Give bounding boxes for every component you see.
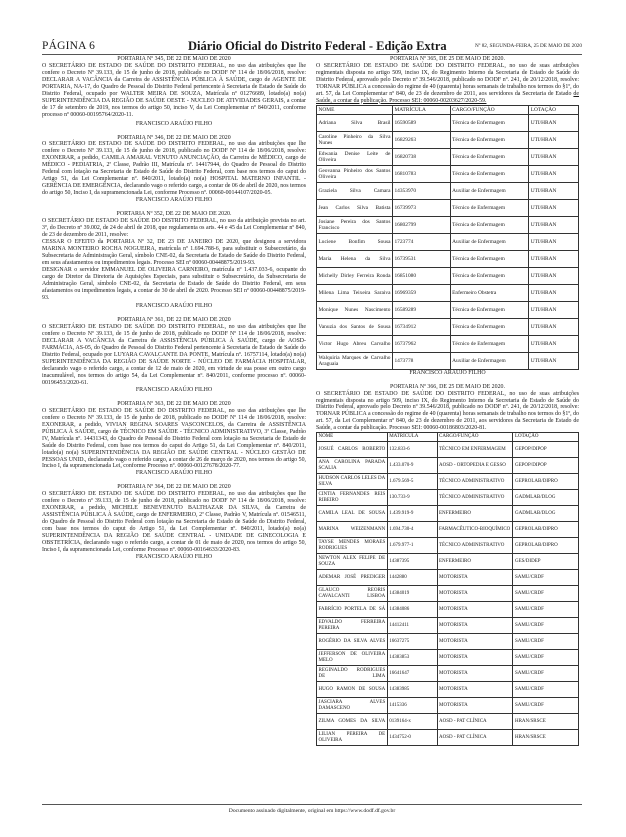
registration-cell: 16590589 [392,114,450,131]
registration-cell: 16969359 [392,284,450,301]
table-row: GLAUCO REORIS CAVALCANTI LISBOA14384019M… [317,586,579,602]
name-cell: TAYSE MENDES MORAES RODRIGUES [317,538,388,554]
registration-cell: 1473778 [392,352,450,369]
table-row: ROGÉRIO DA SILVA ALVES16637275MOTORISTAS… [317,634,579,650]
position-cell: MOTORISTA [437,570,513,586]
table-row: Vanuzia dos Santos de Sousa16734912Técni… [317,318,579,335]
position-cell: TÉCNICO ADMINISTRATIVO [437,490,513,506]
location-cell: SAMU/CRDF [513,602,579,618]
table-row: JOSUÉ CARLOS ROBERTO132.833-6TÉCNICO EM … [317,442,579,458]
portaria-body: O SECRETÁRIO DE ESTADO DE SAÚDE DO DISTR… [42,491,306,554]
registration-cell: 14387395 [387,554,437,570]
position-cell: Auxiliar de Enfermagem [450,182,529,199]
location-cell: GEPOP/DIPOP [513,458,579,474]
servers-table-366: NOME MATRÍCULA CARGO/FUNÇÃO LOTAÇÃO JOSU… [316,432,579,746]
table-row: ADEMAR JOSÉ PREDIGER1442880MOTORISTASAMU… [317,570,579,586]
table-row: EDVALDO FERREIRA PEREIRA14412411MOTORIST… [317,618,579,634]
registration-cell: 1.433.070-9 [387,458,437,474]
table-body: JOSUÉ CARLOS ROBERTO132.833-6TÉCNICO EM … [317,442,579,746]
position-cell: Técnica de Enfermagem [450,318,529,335]
table-row: JEFFERSON DE OLIVEIRA MELO14383853MOTORI… [317,650,579,666]
location-cell: SAMU/CRDF [513,682,579,698]
registration-cell: 14383853 [387,650,437,666]
position-cell: Técnica de Enfermagem [450,148,529,165]
name-cell: REGINALDO RODRIGUES DE LIMA [317,666,388,682]
table-row: Jean Carlos Silva Batista16739973Técnico… [317,199,579,216]
name-cell: JOSUÉ CARLOS ROBERTO [317,442,388,458]
edition-date: Nº 82, SEGUNDA-FEIRA, 25 DE MAIO DE 2020 [475,43,582,49]
location-cell: UTI/HRAN [529,301,579,318]
portaria-body: O SECRETÁRIO DE ESTADO DE SAÚDE DO DISTR… [42,324,306,387]
document-page: PÁGINA 6 Diário Oficial do Distrito Fede… [42,0,582,837]
signature: FRANCISCO ARAÚJO FILHO [42,303,306,310]
position-cell: MOTORISTA [437,602,513,618]
position-cell: Auxiliar de Enfermagem [450,352,529,369]
location-cell: SAMU/CRDF [513,698,579,714]
registration-cell: 16851080 [392,267,450,284]
name-cell: ADEMAR JOSÉ PREDIGER [317,570,388,586]
column-header: CARGO/FUNÇÃO [450,105,529,114]
name-cell: ANA CAROLINA PARADA SCALIA [317,458,388,474]
position-cell: AOSD - PAT CLÍNICA [437,730,513,746]
location-cell: UTI/HRAN [529,148,579,165]
location-cell: UTI/HRAN [529,199,579,216]
position-cell: MOTORISTA [437,698,513,714]
position-cell: MOTORISTA [437,586,513,602]
table-row: TAYSE MENDES MORAES RODRIGUES1.679.977-1… [317,538,579,554]
footer-note: Documento assinado digitalmente, origina… [42,808,582,814]
footer-divider [42,804,582,805]
name-cell: Adriana Silva Brasil [317,114,393,131]
position-cell: MOTORISTA [437,650,513,666]
position-cell: ENFERMEIRO [437,506,513,522]
registration-cell: 1.439.919-9 [387,506,437,522]
publication-title: Diário Oficial do Distrito Federal - Edi… [188,39,447,54]
position-cell: MOTORISTA [437,634,513,650]
registration-cell: 16641647 [387,666,437,682]
signature: FRANCISCO ARAÚJO FILHO [42,197,306,204]
portaria-361: PORTARIA Nº 361, DE 22 DE MAIO DE 2020 O… [42,317,306,393]
position-cell: Técnica de Enfermagem [450,267,529,284]
table-body: Adriana Silva Brasil16590589Técnica de E… [317,114,579,369]
registration-cell: 14384019 [387,586,437,602]
name-cell: LILIAN PEREIRA DE OLIVEIRA [317,730,388,746]
name-cell: Victor Hugo Abreu Carvalho [317,335,393,352]
location-cell: UTI/HRAN [529,284,579,301]
position-cell: Técnica de Enfermagem [450,131,529,148]
table-row: FABRÍCIO PORTELA DE SÁ14384086MOTORISTAS… [317,602,579,618]
location-cell: GADMLAB/DLOG [513,506,579,522]
registration-cell: 1.679.977-1 [387,538,437,554]
signature: FRANCISCO ARAÚJO FILHO [42,387,306,394]
registration-cell: 16589289 [392,301,450,318]
position-cell: TÉCNICO ADMINISTRATIVO [437,474,513,490]
portaria-352: PORTARIA Nº 352, DE 22 DE MAIO DE 2020. … [42,211,306,310]
table-row: HUGO RAMON DE SOUSA14383985MOTORISTASAMU… [317,682,579,698]
position-cell: MOTORISTA [437,682,513,698]
registration-cell: 1723774 [392,233,450,250]
portaria-title: PORTARIA Nº 366, DE 25 DE MAIO DE 2020. [316,384,579,391]
name-cell: JEFFERSON DE OLIVEIRA MELO [317,650,388,666]
table-row: Geovanna Pinheiro dos Santos Oliveira168… [317,165,579,182]
table-row: NEWTON ALEX FELIPE DE SOUZA14387395ENFER… [317,554,579,570]
table-row: Luciene Bonfim Sousa1723774Auxiliar de E… [317,233,579,250]
left-column: PORTARIA Nº 345, DE 22 DE MAIO DE 2020 O… [42,56,306,561]
location-cell: UTI/HRAN [529,165,579,182]
position-cell: Técnico de Enfermagem [450,335,529,352]
name-cell: Caroline Pinheiro da Silva Nunes [317,131,393,148]
location-cell: UTI/HRAN [529,131,579,148]
name-cell: Geovanna Pinheiro dos Santos Oliveira [317,165,393,182]
position-cell: Técnica de Enfermagem [450,301,529,318]
location-cell: UTI/HRAN [529,352,579,369]
name-cell: Vanuzia dos Santos de Sousa [317,318,393,335]
name-cell: FABRÍCIO PORTELA DE SÁ [317,602,388,618]
page-header: PÁGINA 6 Diário Oficial do Distrito Fede… [42,40,582,55]
portaria-body: O SECRETÁRIO DE ESTADO DE SAÚDE DO DISTR… [42,408,306,471]
position-cell: Auxiliar de Enfermagem [450,233,529,250]
location-cell: HRAN/SRSCE [513,714,579,730]
registration-cell: 16820738 [392,148,450,165]
registration-cell: 16739531 [392,250,450,267]
position-cell: Enfermeiro Obstetra [450,284,529,301]
portaria-body: O SECRETÁRIO DE ESTADO DE SAÚDE DO DISTR… [42,218,306,239]
location-cell: UTI/HRAN [529,233,579,250]
table-row: Caroline Pinheiro da Silva Nunes16829263… [317,131,579,148]
name-cell: HUGO RAMON DE SOUSA [317,682,388,698]
registration-cell: 130.733-9 [387,490,437,506]
name-cell: NEWTON ALEX FELIPE DE SOUZA [317,554,388,570]
registration-cell: 16737962 [392,335,450,352]
name-cell: ROGÉRIO DA SILVA ALVES [317,634,388,650]
registration-cell: 1415336 [387,698,437,714]
column-header: NOME [317,433,388,442]
location-cell: GES/DIDEP [513,554,579,570]
location-cell: SAMU/CRDF [513,570,579,586]
registration-cell: 14383985 [387,682,437,698]
registration-cell: 0139164-x [387,714,437,730]
portaria-345: PORTARIA Nº 345, DE 22 DE MAIO DE 2020 O… [42,56,306,128]
position-cell: Técnica de Enfermagem [450,114,529,131]
registration-cell: 16637275 [387,634,437,650]
name-cell: EDVALDO FERREIRA PEREIRA [317,618,388,634]
position-cell: ENFERMEIRO [437,554,513,570]
portaria-363: PORTARIA Nº 363, DE 22 DE MAIO DE 2020 O… [42,401,306,477]
name-cell: Luciene Bonfim Sousa [317,233,393,250]
position-cell: TÉCNICO EM ENFERMAGEM [437,442,513,458]
registration-cell: 1.679.569-5 [387,474,437,490]
location-cell: GEPOP/DIPOP [513,442,579,458]
table-row: HUDSON CARLOS LELES DA SILVA1.679.569-5T… [317,474,579,490]
column-header: MATRÍCULA [392,105,450,114]
name-cell: Milena Lima Teixeira Saraiva [317,284,393,301]
registration-cell: 1442880 [387,570,437,586]
position-cell: AOSD - PAT CLÍNICA [437,714,513,730]
table-row: Milena Lima Teixeira Saraiva16969359Enfe… [317,284,579,301]
location-cell: SAMU/CRDF [513,618,579,634]
signature: FRANCISCO ARAÚJO FILHO [42,554,306,561]
table-row: REGINALDO RODRIGUES DE LIMA16641647MOTOR… [317,666,579,682]
signature: FRANCISCO ARAÚJO FILHO [42,121,306,128]
table-row: JASCIARA ALVES DAMASCENO1415336MOTORISTA… [317,698,579,714]
location-cell: SAMU/CRDF [513,634,579,650]
column-header: CARGO/FUNÇÃO [437,433,513,442]
location-cell: UTI/HRAN [529,267,579,284]
registration-cell: 16734912 [392,318,450,335]
table-row: Josiane Pereira dos Santos Francisco1680… [317,216,579,233]
portaria-body: O SECRETÁRIO DE ESTADO DE SAÚDE DO DISTR… [316,63,579,105]
table-row: LILIAN PEREIRA DE OLIVEIRA1434752-0AOSD … [317,730,579,746]
location-cell: UTI/HRAN [529,114,579,131]
location-cell: UTI/HRAN [529,335,579,352]
name-cell: MARINA WEIZENMANN [317,522,388,538]
table-row: Victor Hugo Abreu Carvalho16737962Técnic… [317,335,579,352]
location-cell: SAMU/CRDF [513,650,579,666]
position-cell: Técnico de Enfermagem [450,199,529,216]
signature: FRANCISCO ARAÚJO FILHO [42,470,306,477]
registration-cell: 1434752-0 [387,730,437,746]
column-header: LOTAÇÃO [513,433,579,442]
table-row: Michelly Dirley Ferreira Ronda16851080Té… [317,267,579,284]
location-cell: SAMU/CRDF [513,666,579,682]
name-cell: ZILMA GOMES DA SILVA [317,714,388,730]
table-header-row: NOME MATRÍCULA CARGO/FUNÇÃO LOTAÇÃO [317,433,579,442]
location-cell: HRAN/SRSCE [513,730,579,746]
registration-cell: 132.833-6 [387,442,437,458]
column-header: NOME [317,105,393,114]
portaria-body: O SECRETÁRIO DE ESTADO DE SAÚDE DO DISTR… [42,63,306,119]
portaria-366: PORTARIA Nº 366, DE 25 DE MAIO DE 2020. … [316,384,579,747]
position-cell: TÉCNICO ADMINISTRATIVO [437,538,513,554]
name-cell: HUDSON CARLOS LELES DA SILVA [317,474,388,490]
portaria-body-text: O SECRETÁRIO DE ESTADO DE SAÚDE DO DISTR… [316,63,579,97]
location-cell: GEPROLAB/DIPRO [513,538,579,554]
location-cell: SAMU/CRDF [513,586,579,602]
position-cell: Técnica de Enfermagem [450,250,529,267]
table-row: Walquiria Marques de Carvalho Araguaia14… [317,352,579,369]
column-header: LOTAÇÃO [529,105,579,114]
name-cell: Jean Carlos Silva Batista [317,199,393,216]
location-cell: UTI/HRAN [529,250,579,267]
column-header: MATRÍCULA [387,433,437,442]
location-cell: GADMLAB/DLOG [513,490,579,506]
table-row: Maria Helena da Silva16739531Técnica de … [317,250,579,267]
location-cell: GEPROLAB/DIPRO [513,474,579,490]
portaria-title: PORTARIA Nº 352, DE 22 DE MAIO DE 2020. [42,211,306,218]
table-header-row: NOME MATRÍCULA CARGO/FUNÇÃO LOTAÇÃO [317,105,579,114]
name-cell: Monique Nunes Nascimento [317,301,393,318]
portaria-body: O SECRETÁRIO DE ESTADO DE SAÚDE DO DISTR… [42,141,306,197]
signature: FRANCISCO ARAUJO FILHO [316,370,579,377]
registration-cell: 1.694.730-4 [387,522,437,538]
name-cell: JASCIARA ALVES DAMASCENO [317,698,388,714]
portaria-body: DESIGNAR o servidor EMMANUEL DE OLIVEIRA… [42,267,306,302]
table-row: Edwania Denise Leite de Oliveira16820738… [317,148,579,165]
portaria-364: PORTARIA Nº 364, DE 22 DE MAIO DE 2020 O… [42,484,306,560]
name-cell: Michelly Dirley Ferreira Ronda [317,267,393,284]
location-cell: UTI/HRAN [529,318,579,335]
name-cell: Graziela Silva Camara [317,182,393,199]
name-cell: Maria Helena da Silva [317,250,393,267]
name-cell: GLAUCO REORIS CAVALCANTI LISBOA [317,586,388,602]
table-row: CAMILA LEAL DE SOUSA1.439.919-9ENFERMEIR… [317,506,579,522]
name-cell: Josiane Pereira dos Santos Francisco [317,216,393,233]
name-cell: Edwania Denise Leite de Oliveira [317,148,393,165]
position-cell: Técnica de Enfermagem [450,165,529,182]
table-row: ZILMA GOMES DA SILVA0139164-xAOSD - PAT … [317,714,579,730]
right-column: PORTARIA Nº 365, DE 25 DE MAIO DE 2020. … [316,56,579,746]
servers-table-365: NOME MATRÍCULA CARGO/FUNÇÃO LOTAÇÃO Adri… [316,105,579,370]
portaria-365: PORTARIA Nº 365, DE 25 DE MAIO DE 2020. … [316,56,579,377]
name-cell: CINTIA FERNANDES REIS RIBEIRO [317,490,388,506]
name-cell: CAMILA LEAL DE SOUSA [317,506,388,522]
table-row: Graziela Silva Camara14353970Auxiliar de… [317,182,579,199]
portaria-body: CESSAR O EFEITO da PORTARIA Nº 32, DE 23… [42,239,306,267]
location-cell: UTI/HRAN [529,216,579,233]
table-row: Adriana Silva Brasil16590589Técnica de E… [317,114,579,131]
portaria-body: O SECRETÁRIO DE ESTADO DE SAÚDE DO DISTR… [316,391,579,433]
portaria-title: PORTARIA Nº 345, DE 22 DE MAIO DE 2020 [42,56,306,63]
portaria-title: PORTARIA Nº 363, DE 22 DE MAIO DE 2020 [42,401,306,408]
registration-cell: 14412411 [387,618,437,634]
table-row: CINTIA FERNANDES REIS RIBEIRO130.733-9TÉ… [317,490,579,506]
location-cell: GEPROLAB/DIPRO [513,522,579,538]
page-number: PÁGINA 6 [42,40,95,52]
registration-cell: 16739973 [392,199,450,216]
registration-cell: 14353970 [392,182,450,199]
position-cell: AOSD - ORTOPEDIA E GESSO [437,458,513,474]
position-cell: FARMACÊUTICO-BIOQUÍMICO [437,522,513,538]
registration-cell: 14384086 [387,602,437,618]
table-row: Monique Nunes Nascimento16589289Técnica … [317,301,579,318]
position-cell: Técnica de Enfermagem [450,216,529,233]
registration-cell: 16810783 [392,165,450,182]
portaria-346: PORTARIA Nº 346, DE 22 DE MAIO DE 2020 O… [42,135,306,205]
location-cell: UTI/HRAN [529,182,579,199]
portaria-title: PORTARIA Nº 365, DE 25 DE MAIO DE 2020. [316,56,579,63]
registration-cell: 16829263 [392,131,450,148]
position-cell: MOTORISTA [437,666,513,682]
position-cell: MOTORISTA [437,618,513,634]
registration-cell: 16802799 [392,216,450,233]
table-row: MARINA WEIZENMANN1.694.730-4FARMACÊUTICO… [317,522,579,538]
table-row: ANA CAROLINA PARADA SCALIA1.433.070-9AOS… [317,458,579,474]
name-cell: Walquiria Marques de Carvalho Araguaia [317,352,393,369]
